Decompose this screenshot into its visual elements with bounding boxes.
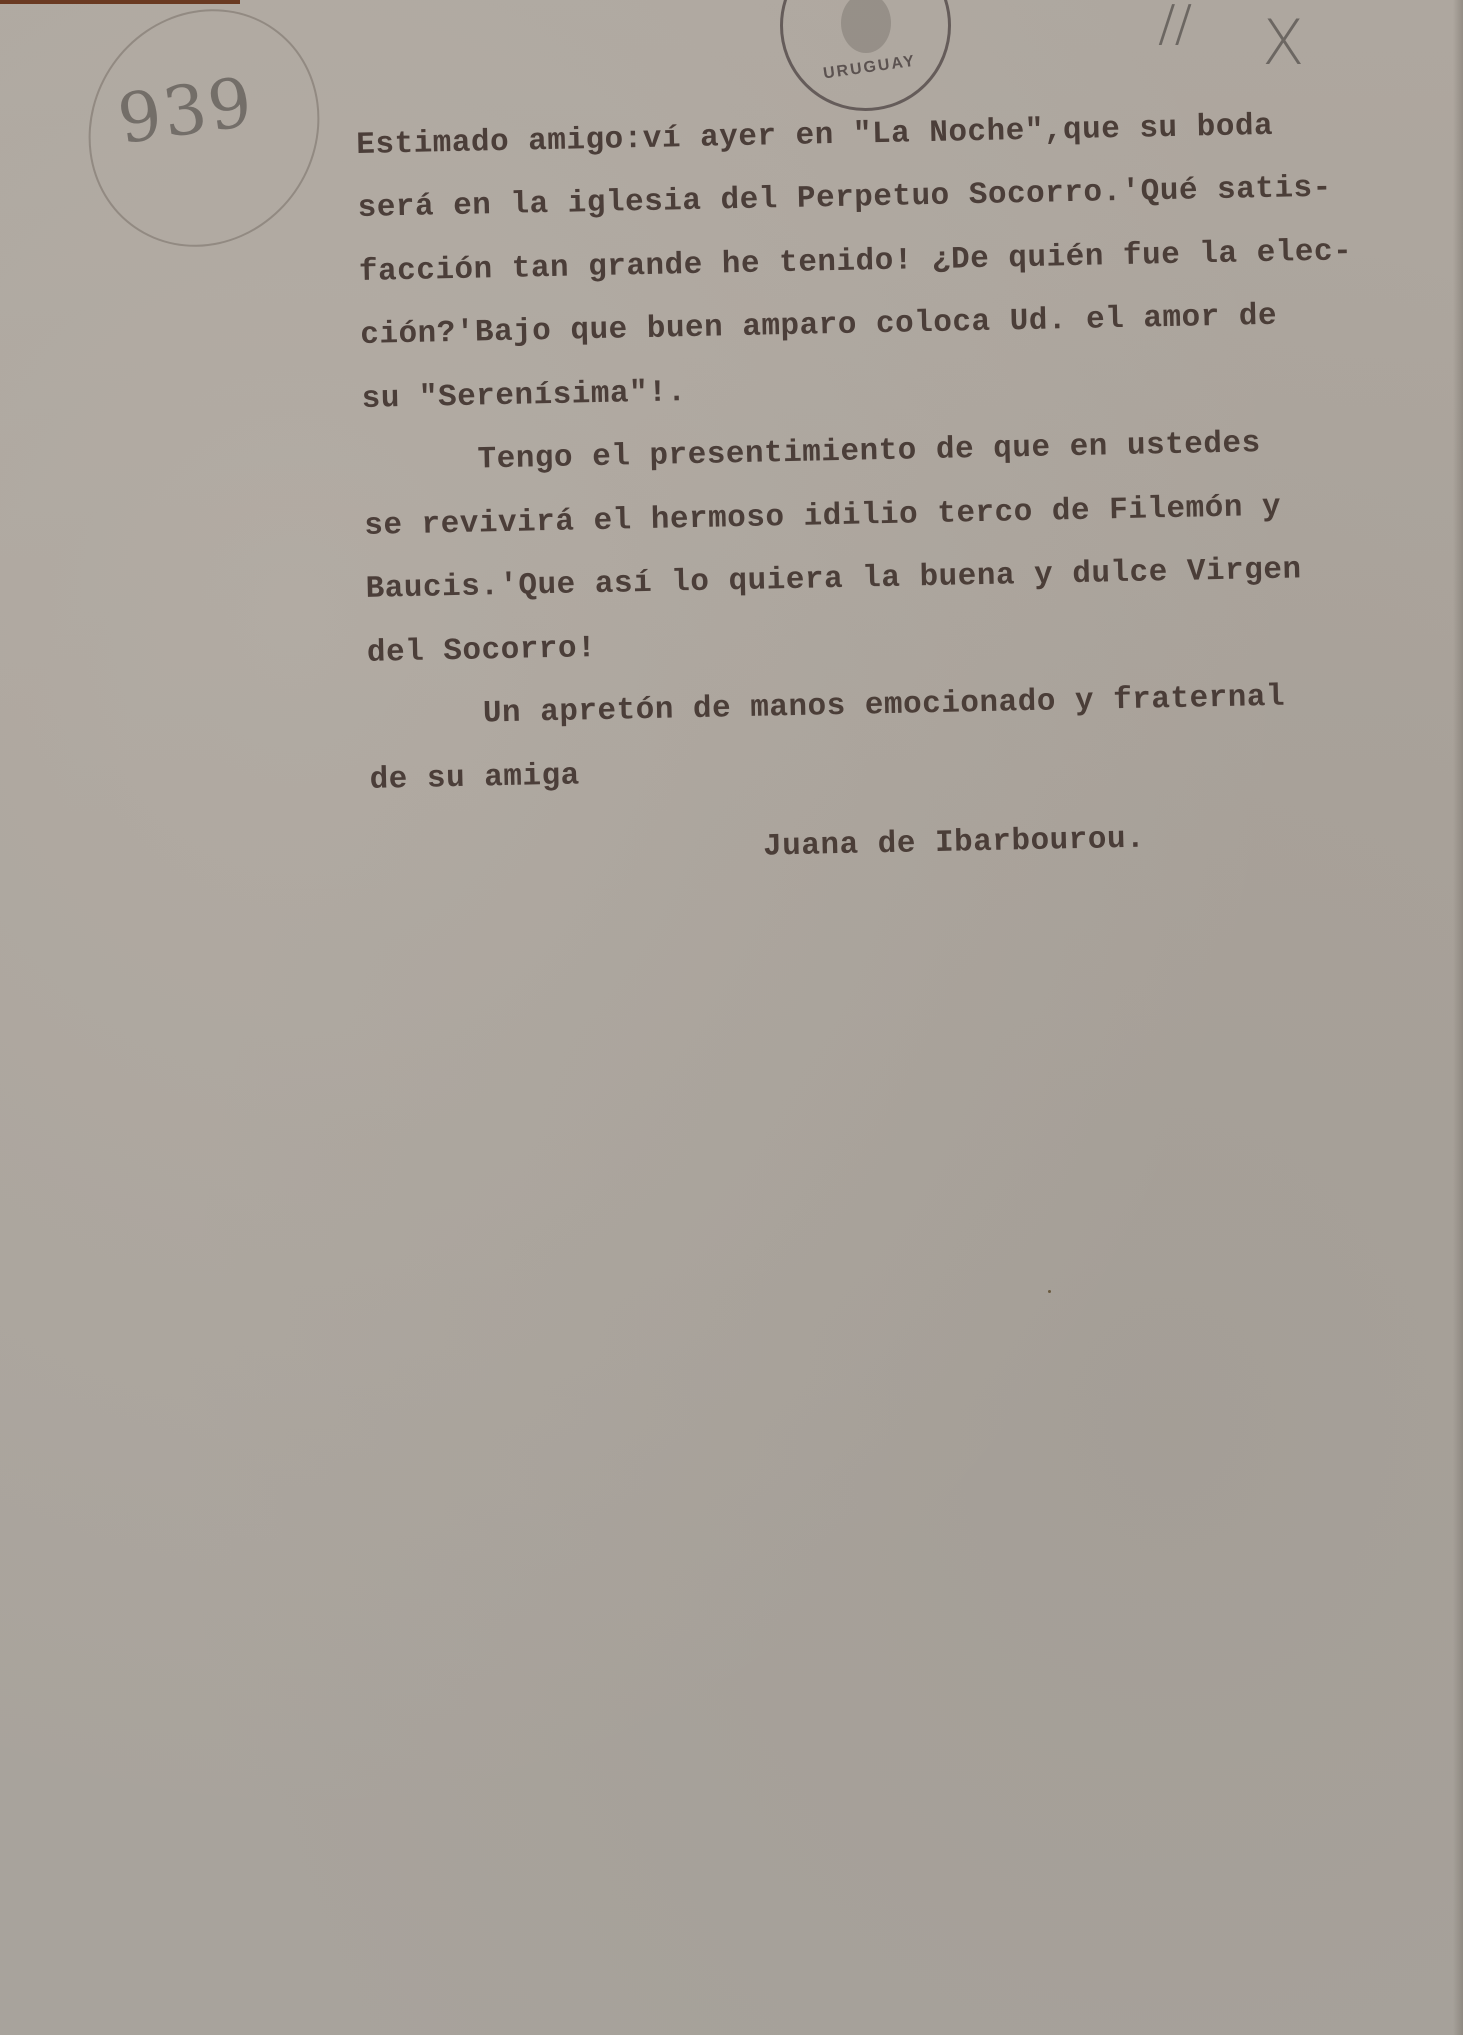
paper-speck <box>1048 1290 1051 1293</box>
letter-line: su "Serenísima"!. <box>361 375 686 417</box>
handwritten-mark-x: X <box>1262 6 1304 79</box>
top-edge-shadow <box>0 0 240 4</box>
right-edge-shadow <box>1453 0 1463 2035</box>
letter-line: de su amiga <box>369 758 580 797</box>
stamp-bottom-text: URUGUAY <box>822 53 917 84</box>
letter-line: del Socorro! <box>367 631 597 671</box>
stamp-emblem-icon <box>841 0 891 53</box>
